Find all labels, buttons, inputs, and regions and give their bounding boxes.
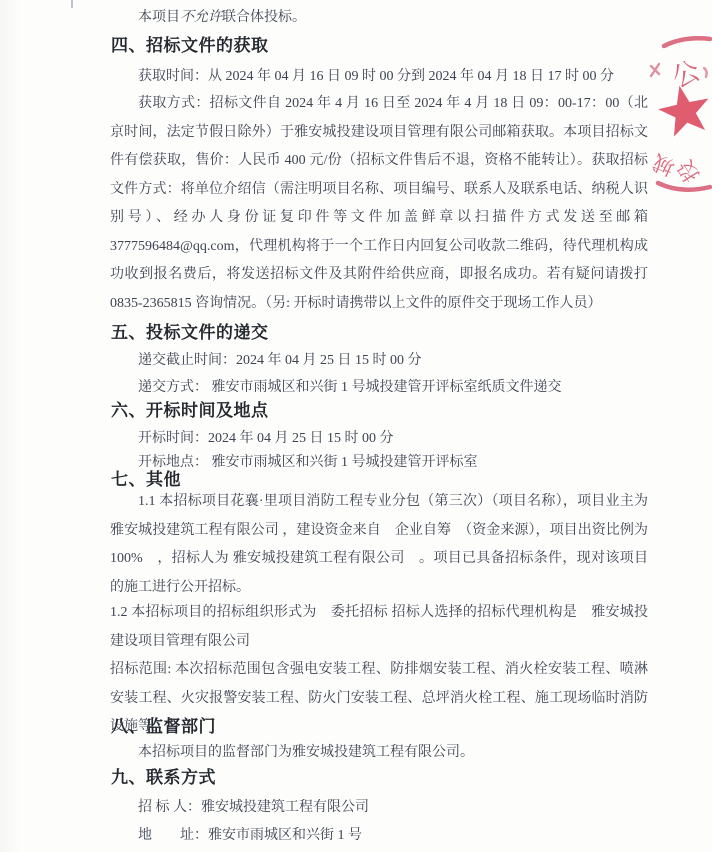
intro-post: 联合体投标。 <box>222 10 306 25</box>
intro-pre: 本项目 <box>138 10 180 25</box>
seal-bottom-character-1: 城 <box>650 150 679 180</box>
scanned-document-page: 本项目不允许联合体投标。 四、招标文件的获取 获取时间：从 2024 年 04 … <box>0 0 712 852</box>
acquisition-method: 获取方式：招标文件自 2024 年 4 月 16 日至 2024 年 4 月 1… <box>110 90 648 318</box>
official-seal: 公 城 投 <box>648 30 712 208</box>
section-6-heading: 六、开标时间及地点 <box>111 396 269 421</box>
seal-top-arc <box>664 38 710 46</box>
seal-ring-character: 公 <box>668 55 705 93</box>
bid-opening-place: 开标地点： 雅安市雨城区和兴街 1 号城投建管开评标室 <box>138 451 648 475</box>
acquisition-time: 获取时间：从 2024 年 04 月 16 日 09 时 00 分到 2024 … <box>138 65 648 89</box>
contact-tenderer: 招 标 人：雅安城投建筑工程有限公司 <box>138 796 648 820</box>
submission-deadline: 递交截止时间：2024 年 04 月 25 日 15 时 00 分 <box>138 349 648 373</box>
section-4-heading: 四、招标文件的获取 <box>111 31 269 56</box>
scan-artifact-mark <box>71 0 73 8</box>
intro-line: 本项目不允许联合体投标。 <box>138 6 648 30</box>
seal-char-fragment-right <box>704 68 707 77</box>
section-8-heading: 八、监督部门 <box>111 712 216 737</box>
section-5-heading: 五、投标文件的递交 <box>111 318 269 343</box>
contact-address: 地 址：雅安市雨城区和兴街 1 号 <box>138 824 648 848</box>
clause-1-1: 1.1 本招标项目花襄·里项目消防工程专业分包（第三次）（项目名称），项目业主为… <box>110 488 648 602</box>
seal-char-fragment <box>651 64 659 76</box>
supervision-body: 本招标项目的监督部门为雅安城投建筑工程有限公司。 <box>138 741 648 765</box>
bid-opening-time: 开标时间：2024 年 04 月 25 日 15 时 00 分 <box>138 427 648 451</box>
clause-1-2: 1.2 本招标项目的招标组织形式为 委托招标 招标人选择的招标代理机构是 雅安城… <box>110 599 648 656</box>
section-7-heading: 七、其他 <box>111 465 181 490</box>
intro-emphasis: 不允许 <box>180 10 222 25</box>
section-9-heading: 九、联系方式 <box>111 763 216 788</box>
